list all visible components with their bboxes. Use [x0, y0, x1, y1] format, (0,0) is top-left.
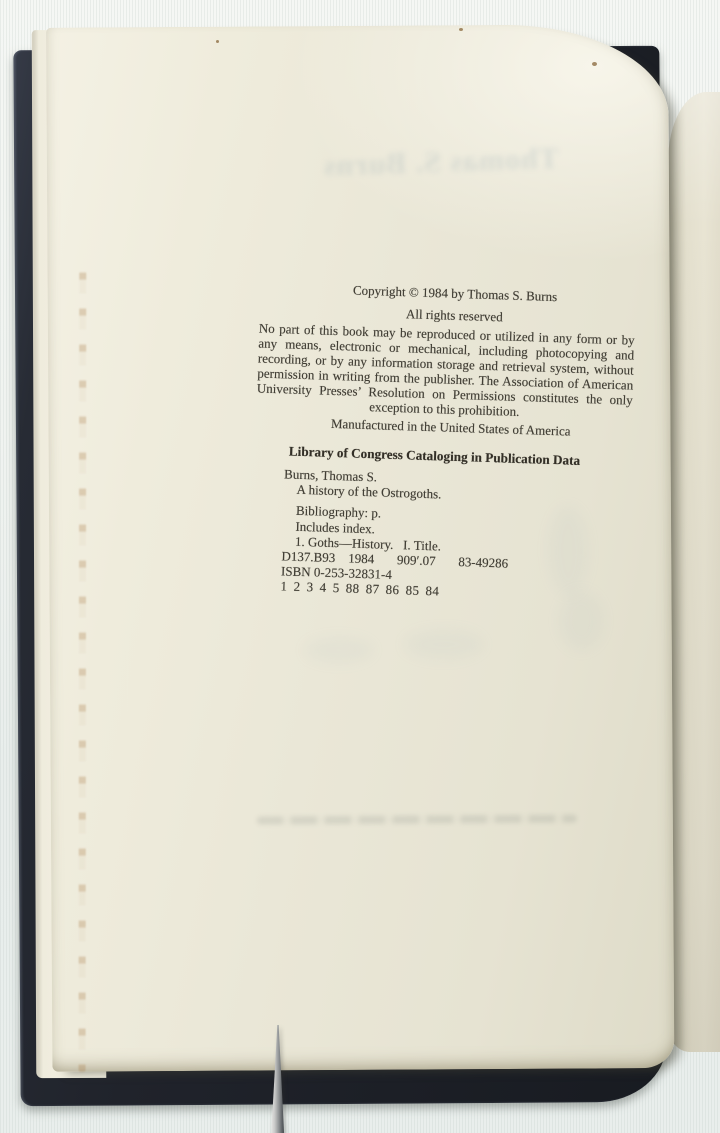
loc-cataloging-lines: Burns, Thomas S. A history of the Ostrog… — [280, 466, 664, 606]
paper-speck — [592, 62, 597, 66]
library-of-congress-block: Library of Congress Cataloging in Public… — [280, 443, 665, 606]
permission-paragraph: No part of this book may be reproduced o… — [256, 321, 635, 423]
paper-speck — [216, 40, 219, 43]
metal-pointer-tip — [270, 1025, 286, 1133]
page-stack-fore-edge — [668, 92, 720, 1052]
metal-pointer — [262, 1025, 294, 1133]
paper-speck — [459, 28, 463, 31]
book-photo-scene: Thomas S. Burns Copyright © 1984 by Thom… — [0, 0, 720, 1133]
copyright-page: Thomas S. Burns Copyright © 1984 by Thom… — [46, 24, 674, 1072]
printed-text-block: Copyright © 1984 by Thomas S. Burns All … — [23, 12, 678, 1076]
